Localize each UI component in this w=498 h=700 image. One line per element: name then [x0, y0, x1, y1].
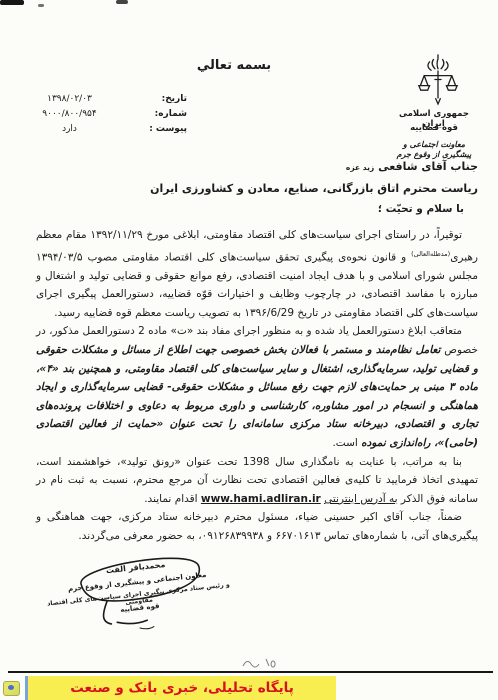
banner-text: پایگاه تحلیلی، خبری بانک و صنعت	[70, 680, 294, 696]
body-paragraph-3: بنا به مراتب، با عنایت به نامگذاری سال 1…	[36, 453, 478, 509]
meta-attachment-value: دارد	[22, 124, 117, 134]
internet-address-label: به آدرس اینترنتی	[324, 493, 398, 505]
banner-logo-icon	[3, 681, 20, 696]
emphasized-clause: تعامل نظام‌مند و مستمر با فعالان بخش خصو…	[36, 344, 478, 449]
signature-stamp: محمدباقر الفت معاون اجتماعی و پیشگیری از…	[44, 539, 232, 641]
scan-artifact	[0, 0, 24, 5]
letter-meta-block: تاریخ: ۱۳۹۸/۰۲/۰۳ شماره: ۹۰۰۰/۸۰۰/۹۵۴ پی…	[12, 94, 192, 139]
scan-artifact	[116, 0, 128, 4]
judiciary-title: قوه قضاییه	[398, 123, 470, 133]
body-paragraph-2: متعاقب ابلاغ دستورالعمل یاد شده و به منظ…	[36, 322, 478, 452]
addressee-name-line: جناب آقای شافعی زید عزه	[36, 160, 478, 173]
department-line-2: پیشگیری از وقوع جرم	[382, 150, 486, 160]
meta-date-label: تاریخ:	[162, 94, 187, 104]
meta-date-row: تاریخ: ۱۳۹۸/۰۲/۰۳	[12, 94, 192, 109]
paragraph-text: به تصویب ریاست معظم قوه قضاییه رسید.	[54, 307, 244, 319]
footer-divider	[8, 671, 493, 673]
honorific-superscript: (مدظله‌العالی)	[411, 250, 450, 258]
meta-number-label: شماره:	[155, 109, 187, 119]
scanned-official-letter: بسمه تعالي جمهوری اسلامی ایران قوه قضایی…	[0, 0, 498, 700]
paragraph-text: اقدام نمایند.	[144, 493, 201, 505]
salutation: با سلام و تحیّت ؛	[36, 203, 478, 215]
addressee-honorific: زید عزه	[346, 163, 374, 172]
body-paragraph-4: ضمناً، جناب آقای اکبر حسینی ضیاء، مسئول …	[36, 508, 478, 545]
department-line-1: معاونت اجتماعی و	[382, 140, 486, 150]
paragraph-text: است.	[332, 437, 361, 449]
department-title: معاونت اجتماعی و پیشگیری از وقوع جرم	[382, 140, 486, 160]
judiciary-scales-emblem-icon	[415, 54, 461, 108]
handwritten-mark-icon	[240, 655, 280, 671]
addressee-title: ریاست محترم اتاق بازرگانی، صنایع، معادن …	[36, 182, 478, 195]
approval-date: ۱۳۹۶/6/29	[244, 307, 294, 319]
scan-artifact	[38, 4, 44, 7]
body-paragraph-1: توقیراً، در راستای اجرای سیاست‌های کلی ا…	[36, 226, 478, 322]
meta-number-value: ۹۰۰۰/۸۰۰/۹۵۴	[22, 109, 117, 119]
meta-date-value: ۱۳۹۸/۰۲/۰۳	[22, 94, 117, 104]
meta-number-row: شماره: ۹۰۰۰/۸۰۰/۹۵۴	[12, 109, 192, 124]
meta-attachment-row: پیوست : دارد	[12, 124, 192, 139]
addressee-block: جناب آقای شافعی زید عزه ریاست محترم اتاق…	[36, 160, 478, 215]
letter-body: توقیراً، در راستای اجرای سیاست‌های کلی ا…	[36, 226, 478, 546]
addressee-name: جناب آقای شافعی	[378, 160, 478, 173]
bismillah-heading: بسمه تعالي	[0, 58, 468, 73]
meta-attachment-label: پیوست :	[149, 124, 187, 134]
footer-banner: پایگاه تحلیلی، خبری بانک و صنعت	[25, 676, 336, 700]
hami-portal-url: www.hami.adliran.ir	[201, 493, 321, 505]
